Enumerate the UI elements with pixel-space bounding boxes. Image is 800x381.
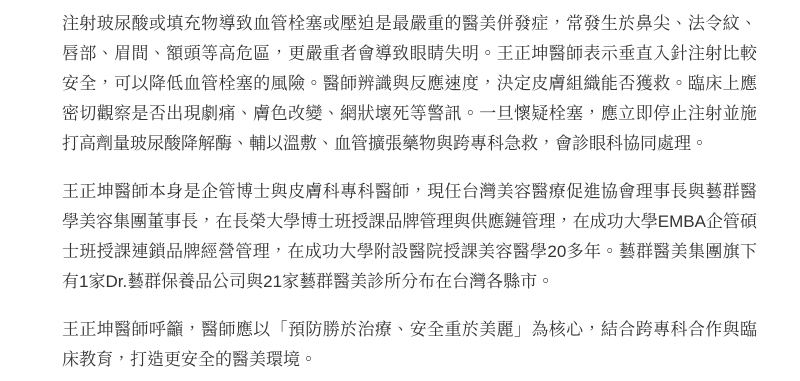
- paragraph-doctor-appeal: 王正坤醫師呼籲，醫師應以「預防勝於治療、安全重於美麗」為核心，結合跨專科合作與臨…: [62, 315, 757, 375]
- paragraph-doctor-background: 王正坤醫師本身是企管博士與皮膚科專科醫師，現任台灣美容醫療促進協會理事長與藝群醫…: [62, 177, 757, 297]
- article-body: 注射玻尿酸或填充物導致血管栓塞或壓迫是最嚴重的醫美併發症，常發生於鼻尖、法令紋、…: [0, 0, 800, 375]
- paragraph-risk-warning: 注射玻尿酸或填充物導致血管栓塞或壓迫是最嚴重的醫美併發症，常發生於鼻尖、法令紋、…: [62, 9, 757, 159]
